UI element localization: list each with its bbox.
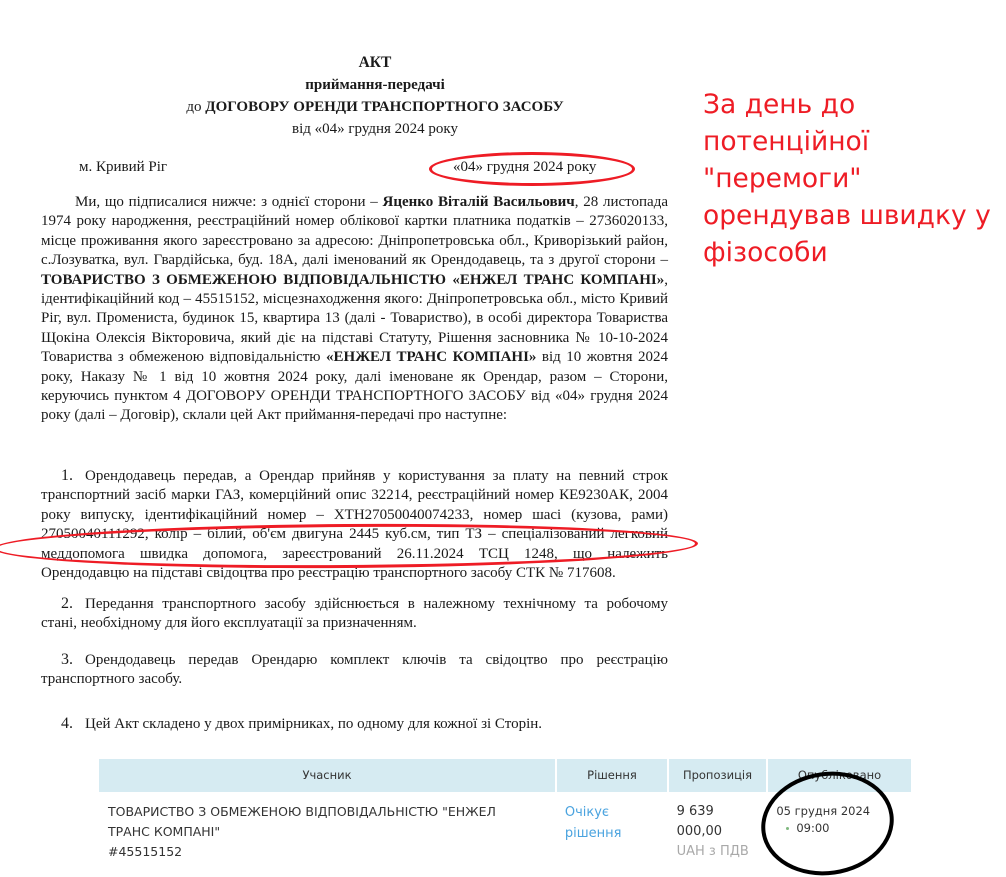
contract-prefix: до (186, 99, 201, 115)
lessor-name: Яценко Віталій Васильович (383, 194, 575, 210)
clause-2: 2.Передання транспортного засобу здійсню… (41, 594, 668, 634)
participant-cell: ТОВАРИСТВО З ОБМЕЖЕНОЮ ВІДПОВІДАЛЬНІСТЮ … (99, 802, 554, 862)
offer-cell: 9 639 000,00 UAH з ПДВ (668, 802, 765, 862)
decision-text-cont: рішення (565, 826, 622, 841)
contract-title: до ДОГОВОРУ ОРЕНДИ ТРАНСПОРТНОГО ЗАСОБУ (150, 96, 600, 118)
document-title: АКТ (150, 52, 600, 74)
offer-amount: 9 639 (677, 802, 765, 822)
decision-status-link[interactable]: Очікуєрішення (565, 805, 622, 841)
clause-number: 3. (41, 650, 85, 669)
participant-id: #45515152 (108, 842, 554, 862)
clause-text: Цей Акт складено у двох примірниках, по … (85, 716, 542, 732)
column-header-offer: Пропозиція (669, 759, 766, 792)
company-name: ТОВАРИСТВО З ОБМЕЖЕНОЮ ВІДПОВІДАЛЬНІСТЮ … (41, 272, 664, 288)
document-title-block: АКТ приймання-передачі до ДОГОВОРУ ОРЕНД… (150, 52, 600, 140)
red-ellipse-date-highlight (429, 152, 635, 186)
clause-text: Передання транспортного засобу здійснюєт… (41, 596, 668, 631)
clause-4: 4.Цей Акт складено у двох примірниках, п… (41, 714, 668, 734)
clause-3: 3.Орендодавець передав Орендарю комплект… (41, 650, 668, 690)
red-annotation-note: За день до потенційної "перемоги" оренду… (703, 86, 1003, 271)
clause-number: 2. (41, 594, 85, 613)
offer-amount-cont: 000,00 (677, 822, 765, 842)
annotation-line: "перемоги" (703, 160, 1003, 197)
company-short-name: «ЕНЖЕЛ ТРАНС КОМПАНІ» (326, 349, 536, 365)
clause-text: Орендодавець передав Орендарю комплект к… (41, 652, 668, 687)
participant-name: ТОВАРИСТВО З ОБМЕЖЕНОЮ ВІДПОВІДАЛЬНІСТЮ … (108, 802, 554, 822)
intro-paragraph: Ми, що підписалися нижче: з однієї сторо… (41, 193, 668, 426)
clause-number: 4. (41, 714, 85, 733)
city-label: м. Кривий Ріг (79, 159, 167, 176)
offer-currency: UAH з ПДВ (677, 842, 765, 862)
annotation-line: фізособи (703, 234, 1003, 271)
column-header-decision: Рішення (557, 759, 667, 792)
document-subtitle: приймання-передачі (150, 74, 600, 96)
contract-name: ДОГОВОРУ ОРЕНДИ ТРАНСПОРТНОГО ЗАСОБУ (205, 99, 563, 115)
annotation-line: потенційної (703, 123, 1003, 160)
participant-name-cont: ТРАНС КОМПАНІ" (108, 822, 554, 842)
annotation-line: За день до (703, 86, 1003, 123)
annotation-line: орендував швидку у (703, 197, 1003, 234)
decision-cell: Очікуєрішення (556, 802, 666, 862)
clause-number: 1. (41, 466, 85, 485)
column-header-participant: Учасник (99, 759, 555, 792)
decision-text: Очікує (565, 805, 609, 820)
contract-date: від «04» грудня 2024 року (150, 118, 600, 140)
intro-text-a: Ми, що підписалися нижче: з однієї сторо… (75, 194, 383, 210)
